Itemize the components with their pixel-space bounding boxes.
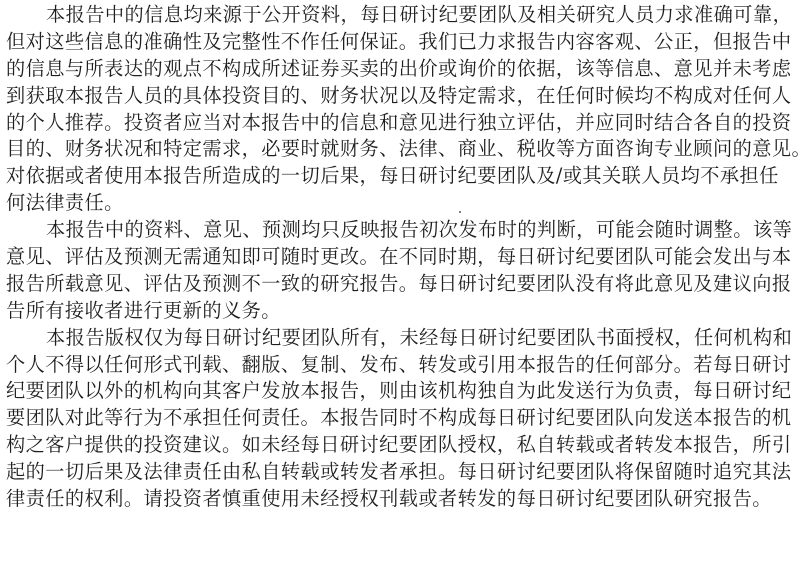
text-line: 要团队对此等行为不承担任何责任。本报告同时不构成每日研讨纪要团队向发送本报告的机: [6, 405, 796, 432]
text-line: 纪要团队以外的机构向其客户发放本报告，则由该机构独自为此发送行为负责，每日研讨纪: [6, 378, 796, 405]
text-line: 本报告版权仅为每日研讨纪要团队所有，未经每日研讨纪要团队书面授权，任何机构和: [6, 325, 796, 352]
text-line: 报告所载意见、评估及预测不一致的研究报告。每日研讨纪要团队没有将此意见及建议向报: [6, 271, 796, 298]
text-line: 个人不得以任何形式刊载、翻版、复制、发布、转发或引用本报告的任何部分。若每日研讨: [6, 352, 796, 379]
text-line: 意见、评估及预测无需通知即可随时更改。在不同时期，每日研讨纪要团队可能会发出与本: [6, 244, 796, 271]
text-line: 对依据或者使用本报告所造成的一切后果，每日研讨纪要团队及/或其关联人员均不承担任: [6, 163, 796, 190]
text-line: 起的一切后果及法律责任由私自转载或转发者承担。每日研讨纪要团队将保留随时追究其法: [6, 459, 796, 486]
paragraph-information-sources: 本报告中的信息均来源于公开资料，每日研讨纪要团队及相关研究人员力求准确可靠， 但…: [6, 2, 796, 217]
text-line: 何法律责任。: [6, 190, 796, 217]
scan-speck: [459, 211, 461, 213]
text-line: 的个人推荐。投资者应当对本报告中的信息和意见进行独立评估，并应同时结合各自的投资: [6, 110, 796, 137]
text-line: 但对这些信息的准确性及完整性不作任何保证。我们已力求报告内容客观、公正，但报告中: [6, 29, 796, 56]
text-line: 的信息与所表达的观点不构成所述证券买卖的出价或询价的依据，该等信息、意见并未考虑: [6, 56, 796, 83]
text-line: 本报告中的信息均来源于公开资料，每日研讨纪要团队及相关研究人员力求准确可靠，: [6, 2, 796, 29]
paragraph-copyright: 本报告版权仅为每日研讨纪要团队所有，未经每日研讨纪要团队书面授权，任何机构和 个…: [6, 325, 796, 513]
text-line: 到获取本报告人员的具体投资目的、财务状况以及特定需求，在任何时候均不构成对任何人: [6, 83, 796, 110]
paragraph-opinions-forecasts: 本报告中的资料、意见、预测均只反映报告初次发布时的判断，可能会随时调整。该等 意…: [6, 217, 796, 325]
disclaimer-document: 本报告中的信息均来源于公开资料，每日研讨纪要团队及相关研究人员力求准确可靠， 但…: [6, 2, 796, 513]
text-line: 构之客户提供的投资建议。如未经每日研讨纪要团队授权，私自转载或者转发本报告，所引: [6, 432, 796, 459]
text-line: 本报告中的资料、意见、预测均只反映报告初次发布时的判断，可能会随时调整。该等: [6, 217, 796, 244]
text-line: 目的、财务状况和特定需求，必要时就财务、法律、商业、税收等方面咨询专业顾问的意见…: [6, 136, 796, 163]
text-line: 告所有接收者进行更新的义务。: [6, 298, 796, 325]
text-line: 律责任的权利。请投资者慎重使用未经授权刊载或者转发的每日研讨纪要团队研究报告。: [6, 486, 796, 513]
